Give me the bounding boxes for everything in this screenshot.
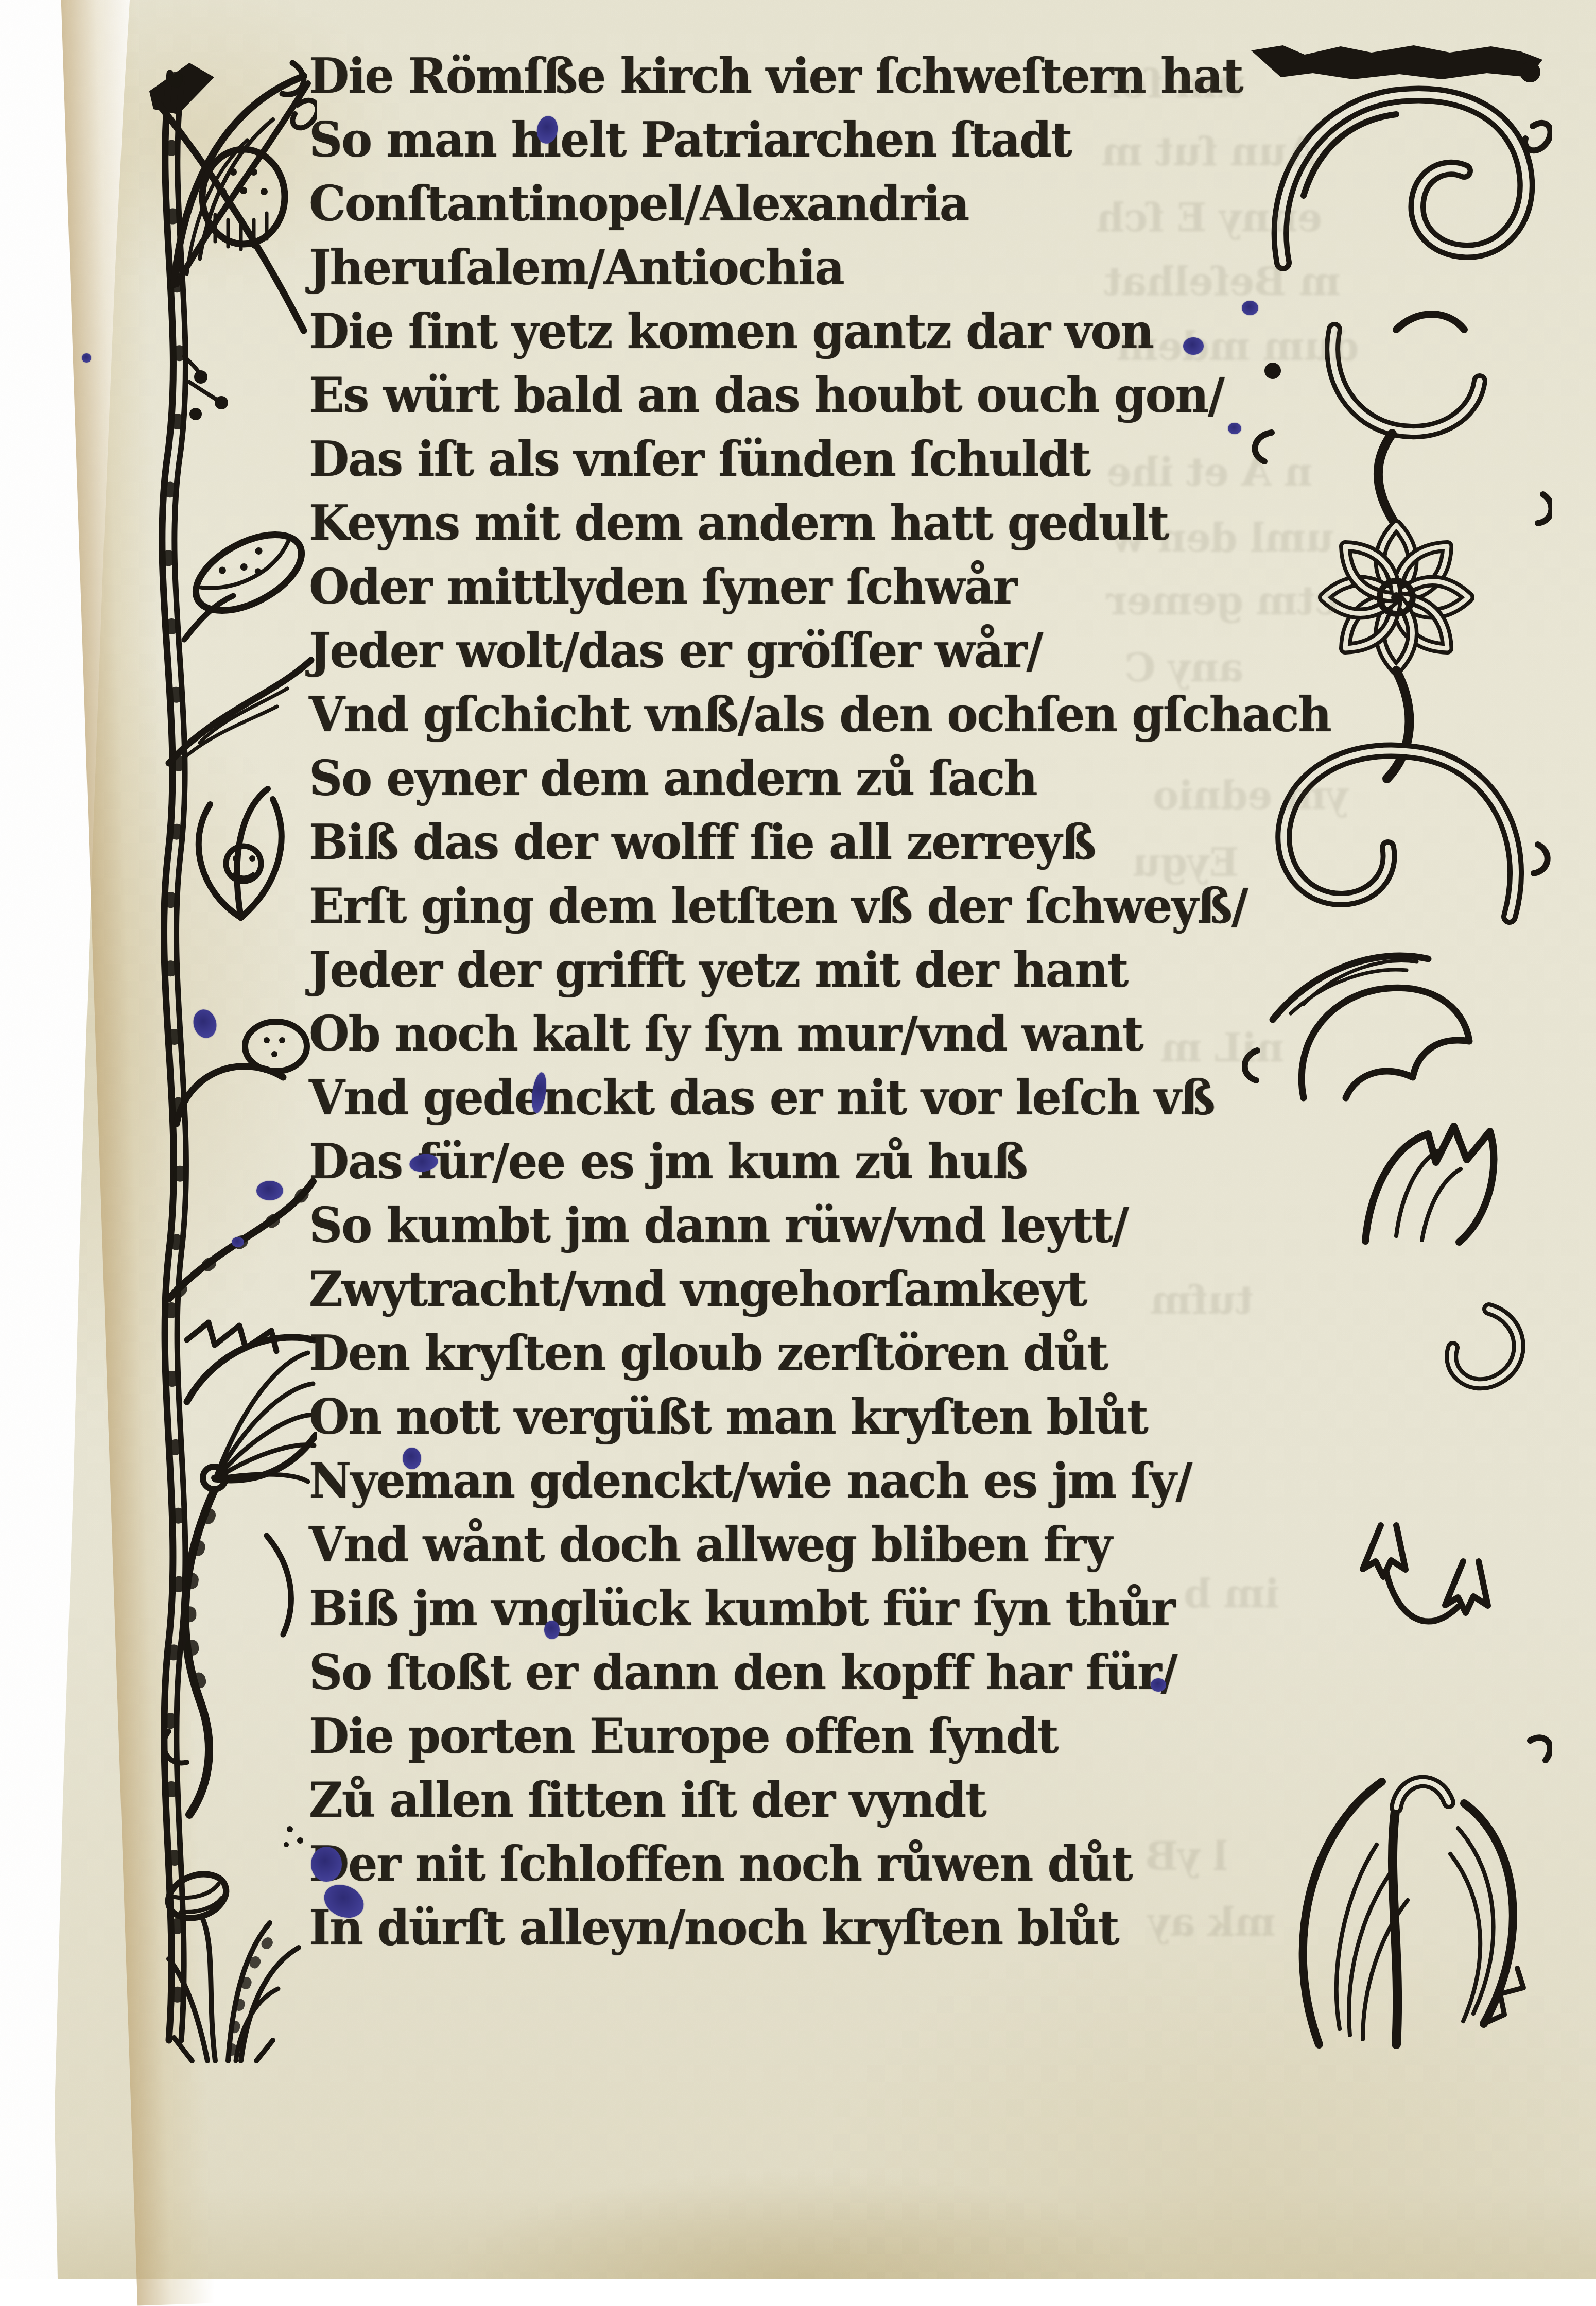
poem-line: So man hielt Patriarchen ſtadt [309, 107, 1236, 174]
poem-line: So ſtoßt er dann den kopff har für/ [309, 1640, 1236, 1706]
bleedthrough-fragment: ym ednio [1153, 772, 1348, 818]
bleedthrough-fragment: ctm gemer [1107, 578, 1339, 624]
blue-ink-blot [1183, 337, 1204, 355]
bleedthrough-fragment: um ſoi [1107, 61, 1245, 107]
poem-line: So kumbt jm dann rüw/vnd leytt/ [309, 1193, 1236, 1259]
bleedthrough-fragment: l yB [1146, 1833, 1228, 1879]
poem-line: Ob noch kalt ſy ſyn mur/vnd want [309, 1001, 1236, 1068]
left-woodcut-border [138, 42, 317, 2066]
bleedthrough-fragment: tufm [1151, 1277, 1253, 1323]
bleedthrough-fragment: n A et ihe [1107, 449, 1313, 495]
poem-line: Zů allen ſitten iſt der vyndt [309, 1767, 1236, 1834]
poem-line: In dürſt alleyn/noch kryſten blůt [309, 1895, 1236, 1961]
blue-ink-blot [82, 353, 91, 363]
poem-line: On nott vergüßt man kryſten blůt [309, 1384, 1236, 1451]
poem-line: Jeder wolt/das er gröſſer wår/ [309, 618, 1236, 684]
poem-line: Nyeman gdenckt/wie nach es jm ſy/ [309, 1448, 1236, 1515]
poem-line: Das für/ee es jm kum zů huß [309, 1129, 1236, 1195]
poem-line: Das iſt als vnſer ſünden ſchuldt [309, 426, 1236, 493]
poem-line: Vnd gedenckt das er nit vor leſch vß [309, 1065, 1236, 1131]
poem-line: Erſt ging dem letſten vß der ſchweyß/ [309, 873, 1236, 940]
floral-vine-woodcut-icon [138, 42, 317, 2066]
blue-ink-blot [311, 1847, 342, 1882]
blue-ink-blot [1242, 301, 1258, 315]
bleedthrough-fragment: dum mdem [1117, 323, 1359, 369]
poem-line: Die Römſße kirch vier ſchweſtern hat [309, 43, 1236, 110]
bleedthrough-fragment: Eygu [1133, 839, 1239, 885]
poem-line: Zwytracht/vnd vngehorſamkeyt [309, 1257, 1236, 1323]
poem-line: Biß das der wolff ſie all zerreyß [309, 810, 1236, 876]
poem-line: So eyner dem andern zů ſach [309, 746, 1236, 812]
poem-text-block: Die Römſße kirch vier ſchweſtern hatSo m… [309, 44, 1236, 1960]
poem-line: Jeder der grifft yetz mit der hant [309, 937, 1236, 1004]
bleedthrough-fragment: uml den w [1112, 515, 1334, 561]
bleedthrough-fragment: mk ay [1148, 1899, 1276, 1945]
bleedthrough-fragment: enny E ſch [1097, 195, 1322, 240]
poem-line: Die ſint yetz komen gantz dar von [309, 299, 1236, 365]
bleedthrough-fragment: any C [1125, 645, 1244, 691]
bleedthrough-fragment: im b [1184, 1571, 1279, 1616]
poem-line: Der nit ſchloffen noch růwen důt [309, 1831, 1236, 1898]
bleedthrough-fragment: Aun ſut m [1102, 129, 1316, 175]
poem-line: Jheruſalem/Antiochia [309, 235, 1236, 301]
poem-line: Die porten Europe offen ſyndt [309, 1703, 1236, 1770]
bleedthrough-fragment: niL m [1161, 1025, 1284, 1071]
blue-ink-blot [1228, 423, 1241, 434]
poem-line: Vnd gſchicht vnß/als den ochſen gſchach [309, 682, 1236, 748]
poem-line: Den kryſten gloub zerſtören důt [309, 1320, 1236, 1387]
blue-ink-blot [544, 1621, 560, 1639]
poem-line: Biß jm vnglück kumbt für ſyn thůr [309, 1576, 1236, 1642]
poem-line: Vnd wånt doch allweg bliben fry [309, 1512, 1236, 1578]
poem-line: Es würt bald an das houbt ouch gon/ [309, 363, 1236, 429]
poem-line: Oder mittlyden ſyner ſchwår [309, 554, 1236, 621]
blue-ink-blot [403, 1448, 421, 1469]
blue-ink-blot [1151, 1678, 1166, 1692]
blue-ink-blot [256, 1181, 283, 1200]
bleedthrough-fragment: m Beſelhat [1104, 259, 1341, 304]
blue-ink-blot [232, 1237, 244, 1247]
scanned-book-page: Die Römſße kirch vier ſchweſtern hatSo m… [0, 0, 1596, 2279]
poem-line: Keyns mit dem andern hatt gedult [309, 490, 1236, 557]
